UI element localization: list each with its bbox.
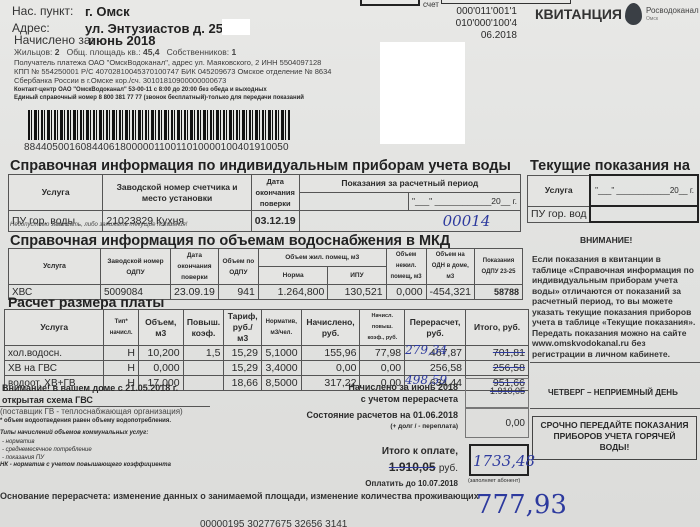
odpu-ipu: 130,521 [328, 285, 386, 300]
attention-text: Если показания в квитанции в таблице «Сп… [532, 254, 697, 359]
charges-col-recalc: Перерасчет, руб. [405, 310, 466, 346]
thursday-notice: ЧЕТВЕРГ – НЕПРИЕМНЫЙ ДЕНЬ [548, 388, 678, 397]
receipt-paper: Нас. пункт: г. Омск Адрес: ул. Энтузиаст… [0, 0, 700, 527]
type-4: НК - норматив с учетом повышающего коэфф… [0, 462, 171, 468]
odpu-title: Справочная информация по объемам водосна… [10, 233, 450, 249]
charge-service: хол.водосн. [5, 346, 104, 361]
meters-title: Справочная информация по индивидуальным … [10, 158, 511, 174]
balance-sub: (+ долг / - переплата) [300, 423, 458, 430]
meter-serial: 21023829 Кухня [103, 211, 251, 232]
period-value: июнь 2018 [88, 33, 155, 48]
doc-title: КВИТАНЦИЯ [535, 6, 622, 22]
residents-label: Жильцов: [14, 47, 52, 57]
contact-line-2: Единый справочный номер 8 800 381 77 77 … [14, 94, 304, 103]
charge-coef-charged: 77,98 [360, 346, 405, 361]
charge-volume: 0,000 [138, 361, 183, 376]
account-box [360, 0, 420, 6]
redacted-apartment [222, 19, 250, 35]
pay-by: Оплатить до 10.07.2018 [300, 479, 458, 488]
charge-norm: 8,5000 [261, 376, 301, 391]
charge-service: ХВ на ГВС [5, 361, 104, 376]
code-1: 000'011'001'1 [455, 6, 517, 17]
odpu-col-serial: Заводской номер ОДПУ [101, 249, 171, 285]
area-label: Общ. площадь кв.: [67, 47, 141, 57]
charge-tariff: 15,29 [224, 361, 261, 376]
charge-norm: 3,4000 [261, 361, 301, 376]
col-readings: Показания за расчетный период [299, 175, 520, 193]
brand-name: Росводоканал [646, 6, 699, 15]
odpu-table: Услуга Заводской номер ОДПУ Дата окончан… [8, 248, 523, 300]
odpu-col-res: Объем жил. помещ, м3 [258, 249, 386, 267]
current-readings-table: Услуга "___" ____________20__ г. ПУ гор.… [527, 174, 699, 223]
odpu-col-reading: Показания ОДПУ 23-25 [475, 249, 523, 285]
odpu-col-volume: Объем по ОДПУ [218, 249, 258, 285]
current-date-placeholder[interactable]: "___" ____________20__ г. [590, 175, 698, 206]
charge-norm: 5,1000 [261, 346, 301, 361]
notice-4: * объем водоотведения равен объему водоп… [0, 418, 171, 424]
brand-city: Омск [646, 16, 658, 22]
settlement-value: г. Омск [85, 4, 130, 19]
charge-total: 701,81 [466, 346, 529, 361]
recalc-reason: Основание перерасчета: изменение данных … [0, 491, 479, 501]
urgent-notice: СРОЧНО ПЕРЕДАЙТЕ ПОКАЗАНИЯ ПРИБОРОВ УЧЕТ… [532, 416, 697, 460]
charges-col-coef-charged: Начисл. повыш. коэф., руб. [360, 310, 405, 346]
bottom-code: 00000195 30277675 32656 3141 [200, 519, 347, 527]
charge-recalc: 279,34467,87 [405, 346, 466, 361]
charges-col-type: Тип* начисл. [104, 310, 139, 346]
readings-cells [299, 193, 408, 211]
meter-service: ПУ гор. воды [9, 211, 103, 232]
period-label: Начислено за: [14, 33, 94, 47]
area-value: 45,4 [143, 47, 160, 57]
accrued-label-1: Начислено за июнь 2018 [300, 381, 458, 393]
charges-col-tariff: Тариф, руб./м3 [224, 310, 261, 346]
subscriber-fills-note: (заполняет абонент) [468, 478, 520, 484]
types-title: Типы начислений объемов коммунальных усл… [0, 430, 148, 436]
odpu-col-date: Дата окончания поверки [171, 249, 219, 285]
odpu-odn: -454,321 [426, 285, 474, 300]
charges-col-norm: Норматив, м3/чел. [261, 310, 301, 346]
total-label: Итого к оплате, [320, 446, 458, 457]
notice-2: открытая схема ГВС [2, 395, 93, 405]
balance-label: Состояние расчетов на 01.06.2018 [270, 410, 458, 420]
table-row: хол.водосн. Н 10,200 1,5 15,29 5,1000 15… [5, 346, 529, 361]
total-line: 1.910,05 руб. [300, 460, 458, 474]
barcode [28, 110, 290, 140]
owners-value: 1 [231, 47, 236, 57]
charge-coef [183, 376, 224, 391]
meters-date-placeholder: "___" ____________20__ г. [408, 193, 520, 211]
odpu-nonres: 0,000 [386, 285, 426, 300]
barcode-number: 8844050016084406180000011001101000010040… [24, 142, 289, 153]
current-col-service: Услуга [528, 175, 591, 206]
rosvodokanal-logo-icon [625, 3, 642, 25]
handwritten-reading: 00014 [443, 212, 491, 230]
total-value: 1.910,05 [389, 460, 436, 474]
odpu-norm: 1.264,800 [258, 285, 327, 300]
payee-line-3: Сбербанка России в г.Омске кор./сч. 3010… [14, 75, 226, 86]
accrued-label-2: с учетом перерасчета [300, 393, 458, 405]
table-row: ХВ на ГВС Н 0,000 15,29 3,4000 0,00 0,00… [5, 361, 529, 376]
col-serial: Заводской номер счетчика и место установ… [103, 175, 251, 211]
divider [530, 408, 700, 409]
account-field [441, 0, 571, 4]
charges-col-service: Услуга [5, 310, 104, 346]
odpu-reading: 58788 [475, 285, 523, 300]
meter-reading-input[interactable]: 00014 [299, 211, 520, 232]
total-currency: руб. [439, 463, 458, 474]
charge-charged: 0,00 [301, 361, 360, 376]
odpu-date: 23.09.19 [171, 285, 219, 300]
account-label: счет [423, 0, 439, 9]
charges-col-charged: Начислено, руб. [301, 310, 360, 346]
handwritten-total: 1733,48 [473, 452, 535, 470]
residents-value: 2 [55, 47, 60, 57]
accrued-value: 1.910,05 [490, 386, 525, 396]
odpu-col-nonres: Объем нежил. помещ, м3 [386, 249, 426, 285]
meters-warning: Недопустимо завышать, либо занижать теку… [10, 222, 187, 228]
code-2: 010'000'100'4 [455, 18, 517, 29]
current-readings-title: Текущие показания на [530, 158, 690, 174]
col-service: Услуга [9, 175, 103, 211]
code-period: 06.2018 [455, 30, 517, 41]
charges-col-total: Итого, руб. [466, 310, 529, 346]
charges-title: Расчет размера платы [8, 294, 164, 310]
table-row: ПУ гор. воды 21023829 Кухня 03.12.19 000… [9, 211, 521, 232]
accrued-value-cell: 1.910,05 [465, 378, 529, 408]
odpu-col-ipu: ИПУ [328, 267, 386, 285]
charge-type: Н [104, 346, 139, 361]
charge-total: 256,58 [466, 361, 529, 376]
charges-table: Услуга Тип* начисл. Объем, м3 Повыш. коэ… [4, 309, 529, 391]
col-check-date: Дата окончания поверки [251, 175, 299, 211]
handwritten-recalc: 279,34 [405, 343, 447, 357]
type-1: - норматив [2, 439, 35, 445]
charges-col-volume: Объем, м3 [138, 310, 183, 346]
charge-tariff: 18,66 [224, 376, 261, 391]
owners-label: Собственников: [167, 47, 229, 57]
settlement-label: Нас. пункт: [12, 4, 73, 18]
household-info: Жильцов: 2 Общ. площадь кв.: 45,4 Собств… [14, 47, 236, 57]
charge-coef [183, 361, 224, 376]
odpu-col-norm: Норма [258, 267, 327, 285]
notice-1: Внимание! в вашем доме с 21.05.2018 г. [2, 383, 178, 393]
redacted-block [380, 42, 465, 144]
notice-3: (поставщик ГВ - теплоснабжающая организа… [0, 407, 183, 416]
charge-type: Н [104, 361, 139, 376]
accrued-label: Начислено за июнь 2018 с учетом перерасч… [300, 381, 458, 405]
charge-coef-charged: 0,00 [360, 361, 405, 376]
divider [530, 362, 700, 363]
meter-check-date: 03.12.19 [251, 211, 299, 232]
balance-value: 0,00 [465, 408, 529, 438]
odpu-volume: 941 [218, 285, 258, 300]
handwritten-extra: 777,93 [476, 490, 567, 520]
odpu-col-odn: Объем на ОДН в доме, м3 [426, 249, 474, 285]
current-service: ПУ гор. вод [528, 206, 591, 222]
type-2: - среднемесячное потребление [2, 447, 92, 453]
odpu-col-service: Услуга [9, 249, 101, 285]
charge-tariff: 15,29 [224, 346, 261, 361]
type-3: - показания ПУ [2, 455, 44, 461]
charge-coef: 1,5 [183, 346, 224, 361]
attention-title: ВНИМАНИЕ! [580, 235, 632, 245]
subscriber-amount-box[interactable]: 1733,48 [469, 444, 529, 476]
charge-charged: 155,96 [301, 346, 360, 361]
current-reading-input[interactable] [590, 206, 698, 222]
charges-col-coef: Повыш. коэф. [183, 310, 224, 346]
charge-volume: 10,200 [138, 346, 183, 361]
